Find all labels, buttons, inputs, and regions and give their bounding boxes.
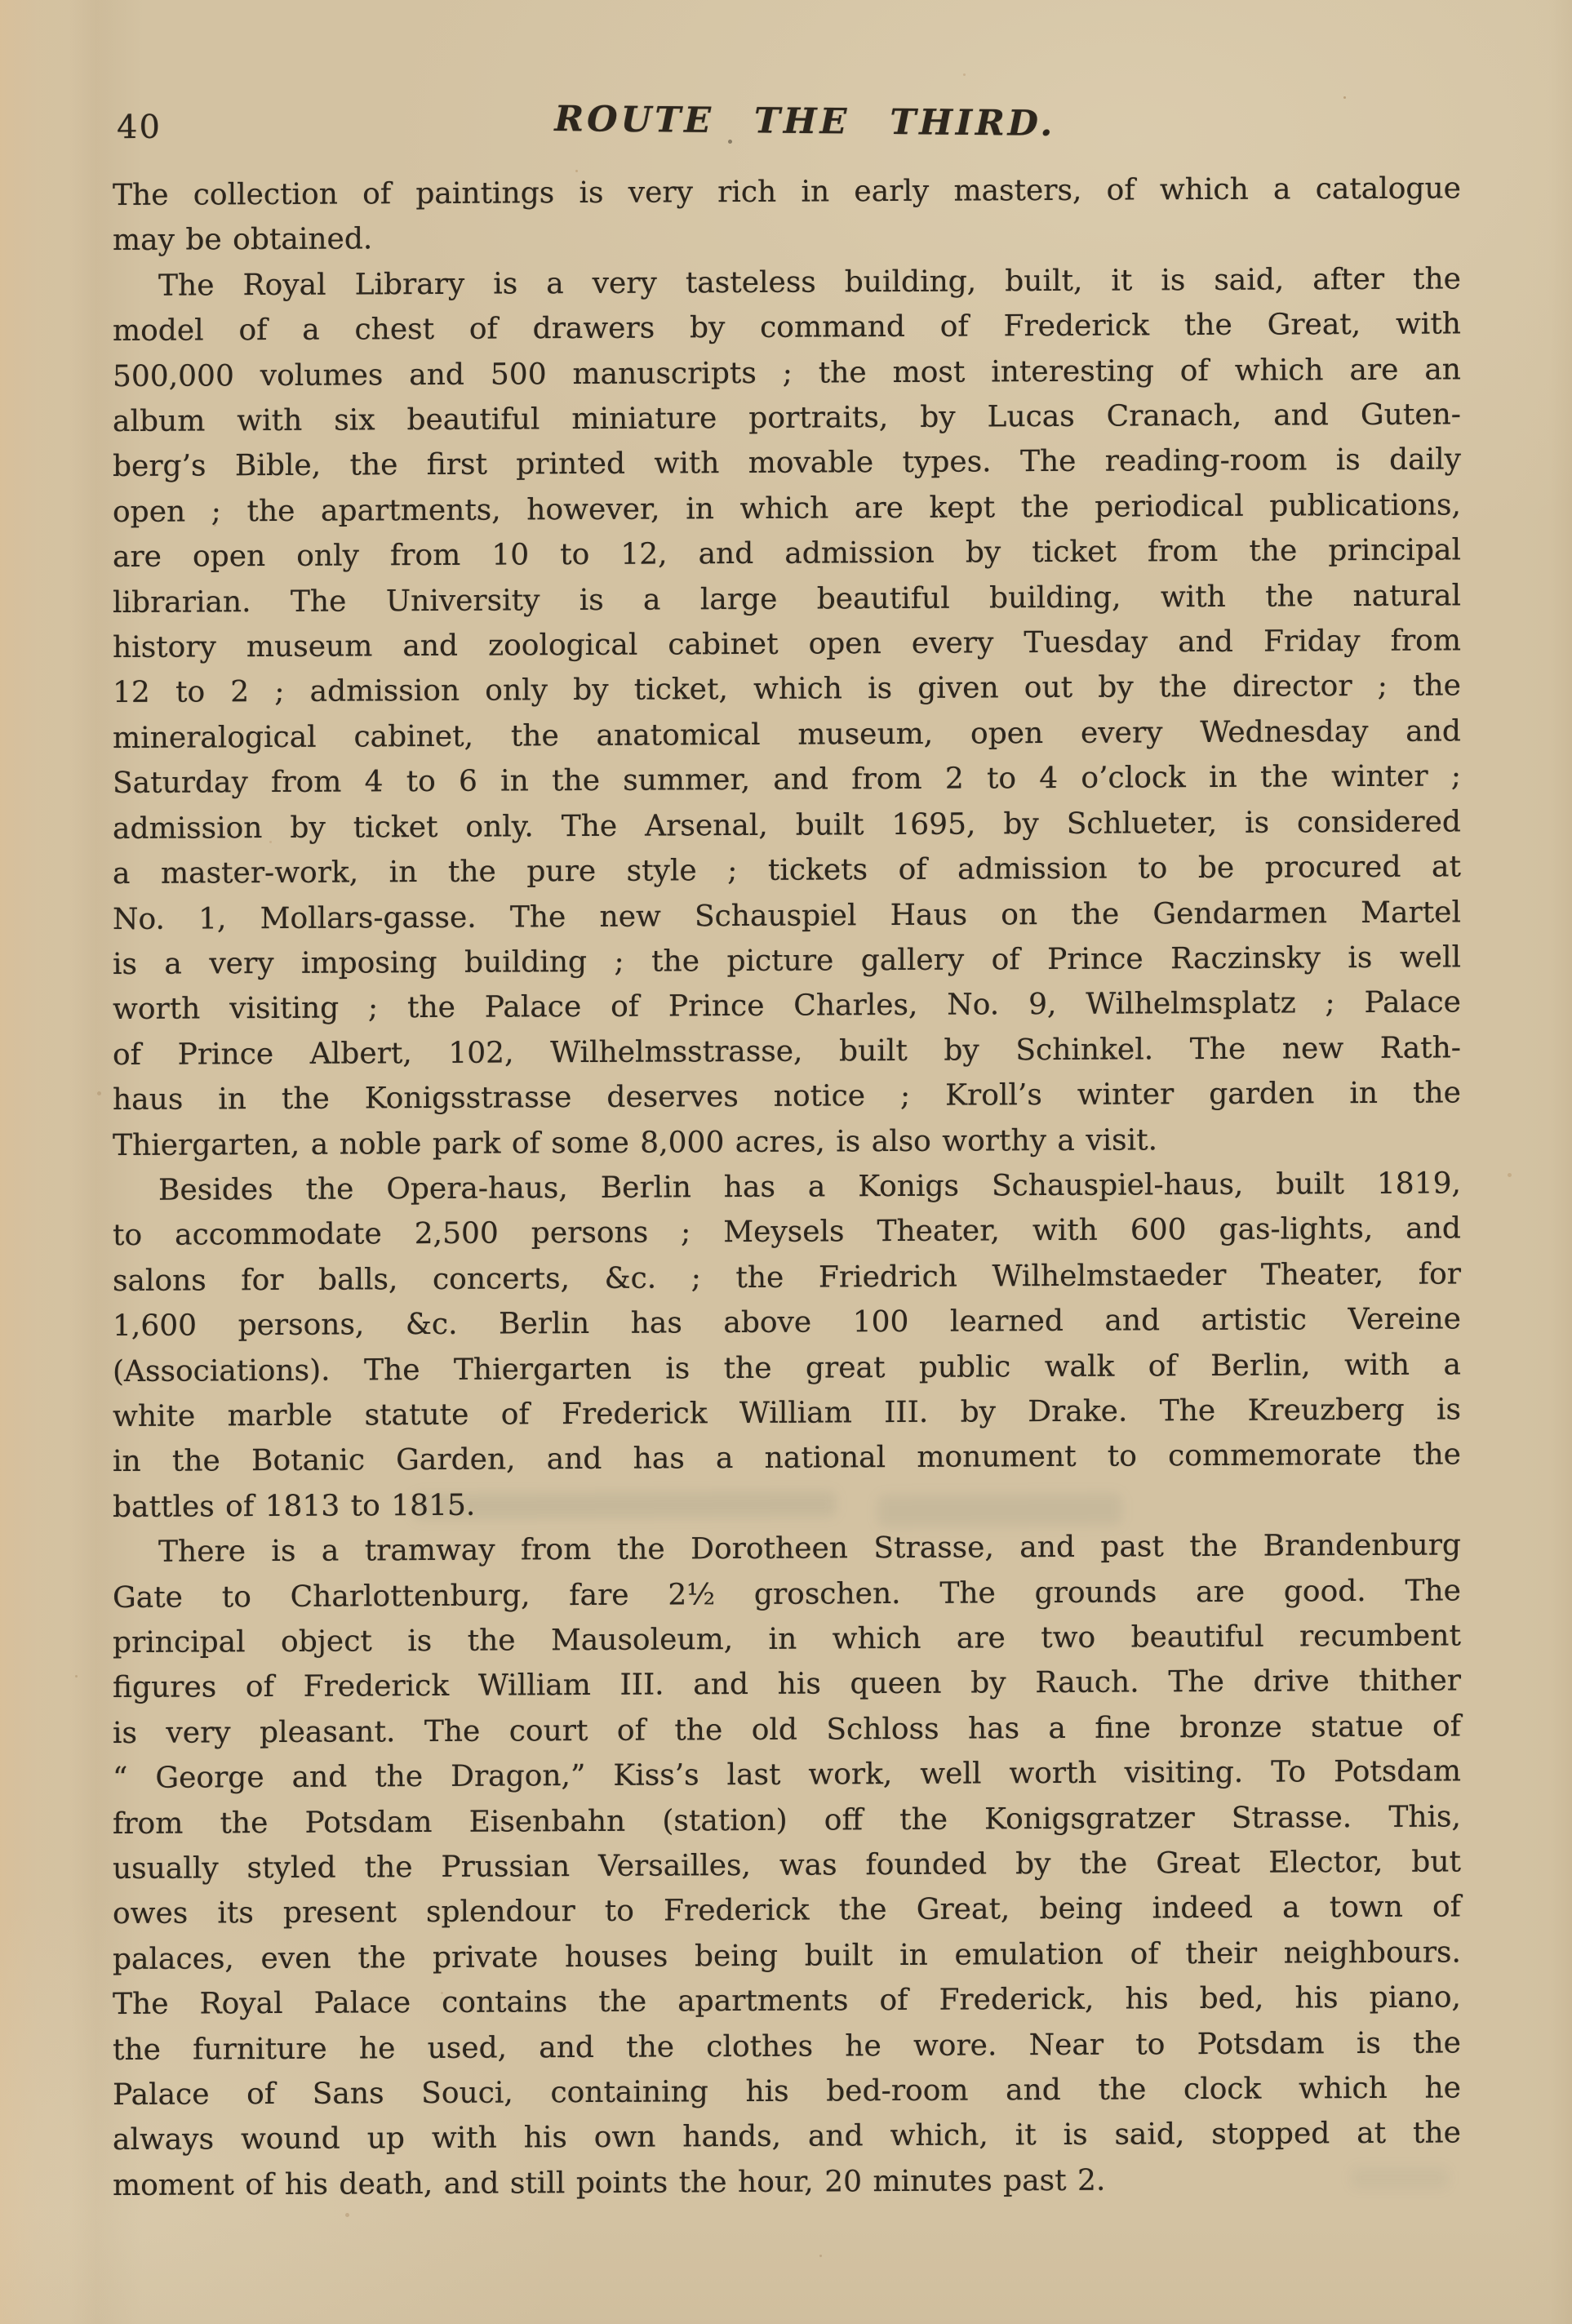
text-line: berg’s Bible, the first printed with mov… — [113, 438, 1461, 490]
text-line: Palace of Sans Souci, containing his bed… — [113, 2065, 1461, 2117]
body-text: The collection of paintings is very rich… — [113, 166, 1461, 2208]
text-line: history museum and zoological cabinet op… — [113, 618, 1461, 670]
text-line: moment of his death, and still points th… — [113, 2156, 1461, 2208]
text-line: mineralogical cabinet, the anatomical mu… — [113, 709, 1461, 761]
text-line: salons for balls, concerts, &c. ; the Fr… — [113, 1251, 1461, 1304]
page-number: 40 — [117, 111, 162, 144]
text-line: figures of Frederick William III. and hi… — [113, 1659, 1461, 1711]
text-line: Gate to Charlottenburg, fare 2½ groschen… — [113, 1568, 1461, 1620]
text-line: may be obtained. — [113, 211, 1461, 264]
paragraph: The Royal Library is a very tasteless bu… — [113, 256, 1461, 1168]
text-line: in the Botanic Garden, and has a nationa… — [113, 1433, 1461, 1485]
text-line: Thiergarten, a noble park of some 8,000 … — [113, 1116, 1461, 1168]
text-line: are open only from 10 to 12, and admissi… — [113, 528, 1461, 580]
text-line: a master-work, in the pure style ; ticke… — [113, 844, 1461, 896]
text-line: palaces, even the private houses being b… — [113, 1930, 1461, 1982]
text-line: of Prince Albert, 102, Wilhelmsstrasse, … — [113, 1025, 1461, 1078]
page-header: 40 ROUTE THE THIRD. — [117, 103, 1463, 168]
text-line: the furniture he used, and the clothes h… — [113, 2020, 1461, 2073]
text-line: Saturday from 4 to 6 in the summer, and … — [113, 754, 1461, 807]
text-line: usually styled the Prussian Versailles, … — [113, 1839, 1461, 1891]
text-line: from the Potsdam Eisenbahn (station) off… — [113, 1794, 1461, 1846]
text-line: battles of 1813 to 1815. — [113, 1477, 1461, 1530]
text-line: worth visiting ; the Palace of Prince Ch… — [113, 980, 1461, 1033]
text-line: always wound up with his own hands, and … — [113, 2111, 1461, 2163]
text-line: The collection of paintings is very rich… — [113, 166, 1461, 218]
text-line: haus in the Konigsstrasse deserves notic… — [113, 1070, 1461, 1122]
text-line: owes its present splendour to Frederick … — [113, 1885, 1461, 1937]
text-line: 500,000 volumes and 500 manuscripts ; th… — [113, 347, 1461, 399]
text-line: album with six beautiful miniature portr… — [113, 392, 1461, 444]
text-line: model of a chest of drawers by command o… — [113, 302, 1461, 354]
text-line: 12 to 2 ; admission only by ticket, whic… — [113, 664, 1461, 716]
paragraph: The collection of paintings is very rich… — [113, 166, 1461, 263]
text-line: is a very imposing building ; the pictur… — [113, 935, 1461, 987]
running-title: ROUTE THE THIRD. — [554, 100, 1055, 144]
text-line: admission by ticket only. The Arsenal, b… — [113, 799, 1461, 851]
text-line: 1,600 persons, &c. Berlin has above 100 … — [113, 1297, 1461, 1349]
text-line: white marble statute of Frederick Willia… — [113, 1387, 1461, 1439]
text-line: to accommodate 2,500 persons ; Meysels T… — [113, 1206, 1461, 1259]
text-line: Besides the Opera-haus, Berlin has a Kon… — [113, 1161, 1461, 1213]
text-line: principal object is the Mausoleum, in wh… — [113, 1613, 1461, 1665]
text-line: There is a tramway from the Dorotheen St… — [113, 1523, 1461, 1575]
paper-specks — [0, 0, 2, 2]
text-line: librarian. The University is a large bea… — [113, 573, 1461, 625]
text-line: The Royal Library is a very tasteless bu… — [113, 256, 1461, 309]
text-line: is very pleasant. The court of the old S… — [113, 1704, 1461, 1756]
paragraph: Besides the Opera-haus, Berlin has a Kon… — [113, 1161, 1461, 1530]
text-line: No. 1, Mollars-gasse. The new Schauspiel… — [113, 890, 1461, 942]
paragraph: There is a tramway from the Dorotheen St… — [113, 1523, 1461, 2209]
text-line: (Associations). The Thiergarten is the g… — [113, 1342, 1461, 1394]
text-line: The Royal Palace contains the apartments… — [113, 1975, 1461, 2028]
text-line: open ; the apartments, however, in which… — [113, 482, 1461, 535]
text-line: “ George and the Dragon,” Kiss’s last wo… — [113, 1749, 1461, 1802]
